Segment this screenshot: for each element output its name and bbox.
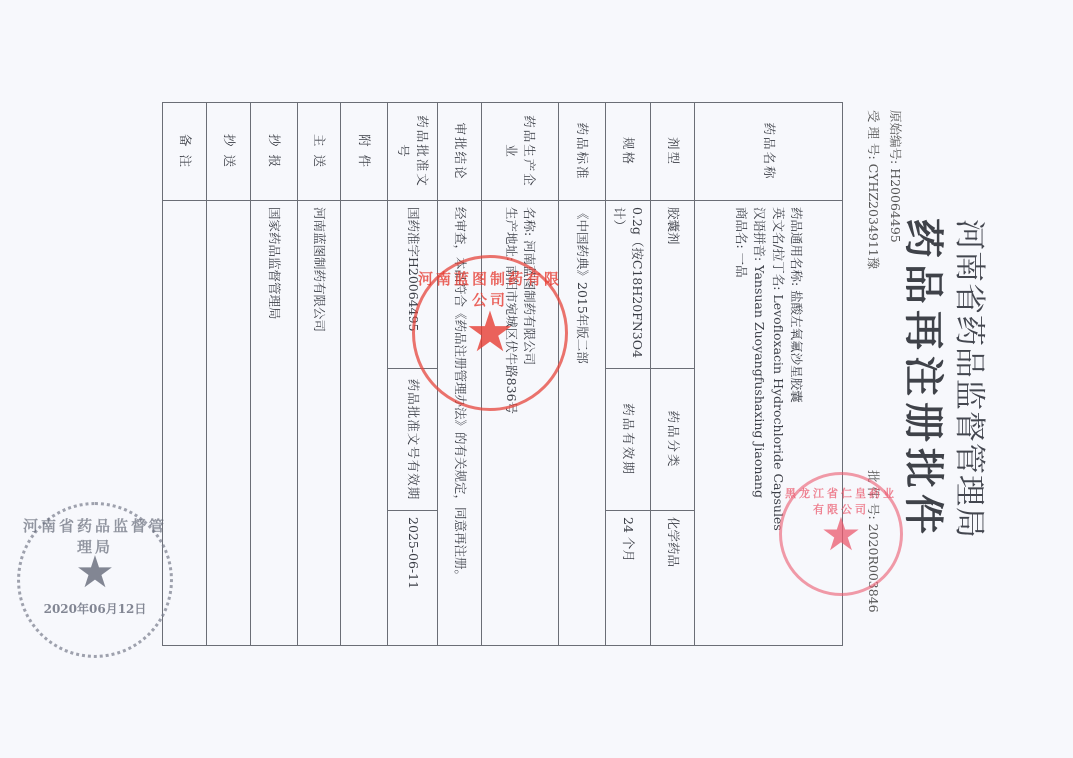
row-attachment: 附 件 <box>341 103 388 646</box>
copy-to-value <box>207 201 251 646</box>
validity-label: 药品有效期 <box>606 369 651 511</box>
spec-value: 0.2g（按C18H20FN3O4计） <box>606 201 651 369</box>
row-main-recipient: 主 送 河南蓝图制药有限公司 <box>298 103 341 646</box>
remarks-label: 备 注 <box>163 103 207 201</box>
attachment-label: 附 件 <box>341 103 388 201</box>
standard-label: 药品标准 <box>559 103 606 201</box>
official-seal-date: 2020年06月12日 <box>20 600 170 617</box>
category-value: 化学药品 <box>651 511 695 646</box>
approval-document-page: 河南省药品监督管理局 药品再注册批件 原始编号: H20064495 受 理 号… <box>0 0 1073 758</box>
dosage-form-value: 胶囊剂 <box>651 201 695 369</box>
original-number: 原始编号: H20064495 <box>887 110 905 243</box>
copy-to-label: 抄 送 <box>207 103 251 201</box>
english-name: 英文名/拉丁名: Levofloxacin Hydrochloride Caps… <box>769 207 787 639</box>
pinyin-name: 汉语拼音: Yansuan Zuoyangfushaxing Jiaonang <box>750 207 768 639</box>
row-standard: 药品标准 《中国药典》2015年版二部 <box>559 103 606 646</box>
report-to-value: 国家药品监督管理局 <box>251 201 298 646</box>
acceptance-number: 受 理 号: CYHZ2034911豫 <box>865 110 883 269</box>
report-to-label: 抄 报 <box>251 103 298 201</box>
attachment-value <box>341 201 388 646</box>
standard-value: 《中国药典》2015年版二部 <box>559 201 606 646</box>
dosage-form-label: 剂型 <box>651 103 695 201</box>
star-icon: ★ <box>820 511 861 557</box>
row-dosage-form: 剂型 胶囊剂 药品分类 化学药品 <box>651 103 695 646</box>
original-number-value: H20064495 <box>888 168 903 243</box>
conclusion-label: 审批结论 <box>438 103 482 201</box>
category-label: 药品分类 <box>651 369 695 511</box>
drug-name-label: 药品名称 <box>695 103 843 201</box>
star-icon: ★ <box>75 551 114 595</box>
row-copy-to: 抄 送 <box>207 103 251 646</box>
star-icon: ★ <box>465 305 515 361</box>
spec-label: 规格 <box>606 103 651 201</box>
company-stamp: 河南蓝图制药有限公司 ★ <box>412 255 568 411</box>
main-recipient-value: 河南蓝图制药有限公司 <box>298 201 341 646</box>
document-title: 药品再注册批件 <box>898 0 955 758</box>
validity-value: 24 个月 <box>606 511 651 646</box>
official-seal: 河南省药品监督管理局 ★ 2020年06月12日 <box>17 502 173 658</box>
row-report-to: 抄 报 国家药品监督管理局 <box>251 103 298 646</box>
manufacturer-label: 药品生产企业 <box>482 103 559 201</box>
acceptance-number-label: 受 理 号: <box>866 110 881 160</box>
acceptance-number-value: CYHZ2034911豫 <box>866 164 881 270</box>
row-spec: 规格 0.2g（按C18H20FN3O4计） 药品有效期 24 个月 <box>606 103 651 646</box>
approval-number-label-cell: 药品批准文号 <box>388 103 438 201</box>
original-number-label: 原始编号: <box>888 110 903 164</box>
agent-stamp: 黑龙江省仁皇药业有限公司 ★ <box>779 472 903 596</box>
agency-name: 河南省药品监督管理局 <box>950 0 995 758</box>
approval-expiry-value: 2025-06-11 <box>388 511 438 646</box>
trade-name: 商品名: 一品 <box>732 207 750 639</box>
main-recipient-label: 主 送 <box>298 103 341 201</box>
approval-expiry-label: 药品批准文号有效期 <box>388 369 438 511</box>
